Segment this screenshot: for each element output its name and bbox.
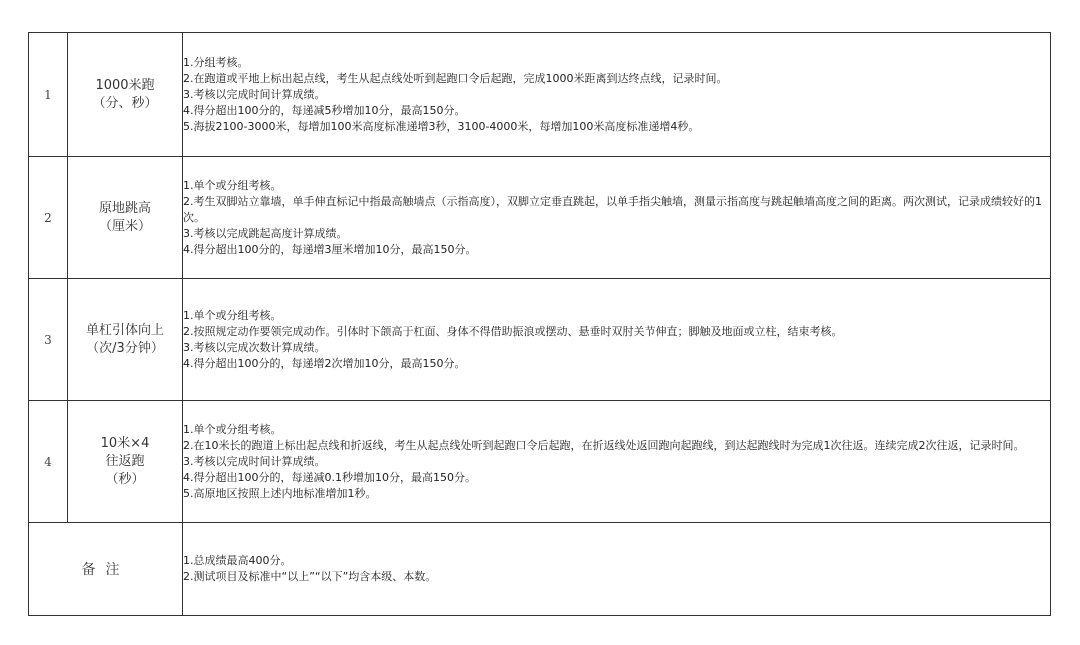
item-name-line2: 往返跑 [68,453,182,471]
item-name: 原地跳高 [68,200,182,218]
rule-line: 2.按照规定动作要领完成动作。引体时下颌高于杠面、身体不得借助振浪或摆动、悬垂时… [183,324,1050,340]
rules-cell: 1.分组考核。 2.在跑道或平地上标出起点线，考生从起点线处听到起跑口令后起跑，… [183,33,1051,157]
rule-line: 4.得分超出100分的，每递减5秒增加10分，最高150分。 [183,103,1050,119]
rule-line: 1.单个或分组考核。 [183,422,1050,438]
item-name-cell: 10米×4 往返跑 （秒） [68,401,183,523]
rules-cell: 1.单个或分组考核。 2.在10米长的跑道上标出起点线和折返线，考生从起点线处听… [183,401,1051,523]
rule-line: 5.海拔2100-3000米，每增加100米高度标准递增3秒，3100-4000… [183,119,1050,135]
table-row: 4 10米×4 往返跑 （秒） 1.单个或分组考核。 2.在10米长的跑道上标出… [29,401,1051,523]
item-name-cell: 单杠引体向上 （次/3分钟） [68,279,183,401]
table-row: 1 1000米跑 （分、秒） 1.分组考核。 2.在跑道或平地上标出起点线，考生… [29,33,1051,157]
note-line: 2.测试项目及标准中“以上”“以下”均含本级、本数。 [183,569,1050,585]
note-line: 1.总成绩最高400分。 [183,553,1050,569]
rule-line: 3.考核以完成时间计算成绩。 [183,454,1050,470]
rules-cell: 1.单个或分组考核。 2.按照规定动作要领完成动作。引体时下颌高于杠面、身体不得… [183,279,1051,401]
item-unit: （次/3分钟） [68,340,182,358]
table-row: 3 单杠引体向上 （次/3分钟） 1.单个或分组考核。 2.按照规定动作要领完成… [29,279,1051,401]
item-name-cell: 原地跳高 （厘米） [68,157,183,279]
item-unit: （分、秒） [68,95,182,113]
row-number: 2 [29,157,68,279]
rule-line: 3.考核以完成跳起高度计算成绩。 [183,226,1050,242]
row-number: 4 [29,401,68,523]
fitness-standards-table: 1 1000米跑 （分、秒） 1.分组考核。 2.在跑道或平地上标出起点线，考生… [28,32,1051,616]
rules-cell: 1.单个或分组考核。 2.考生双脚站立靠墙，单手伸直标记中指最高触墙点（示指高度… [183,157,1051,279]
notes-row: 备注 1.总成绩最高400分。 2.测试项目及标准中“以上”“以下”均含本级、本… [29,523,1051,616]
item-unit: （秒） [68,471,182,489]
item-unit: （厘米） [68,218,182,236]
rule-line: 5.高原地区按照上述内地标准增加1秒。 [183,486,1050,502]
item-name: 10米×4 [68,435,182,453]
row-number: 1 [29,33,68,157]
rule-line: 3.考核以完成次数计算成绩。 [183,340,1050,356]
item-name: 1000米跑 [68,77,182,95]
rule-line: 2.在10米长的跑道上标出起点线和折返线，考生从起点线处听到起跑口令后起跑，在折… [183,438,1050,454]
rule-line: 1.分组考核。 [183,55,1050,71]
notes-label: 备注 [29,523,183,616]
rule-line: 2.在跑道或平地上标出起点线，考生从起点线处听到起跑口令后起跑，完成1000米距… [183,71,1050,87]
rule-line: 1.单个或分组考核。 [183,178,1050,194]
item-name: 单杠引体向上 [68,322,182,340]
notes-cell: 1.总成绩最高400分。 2.测试项目及标准中“以上”“以下”均含本级、本数。 [183,523,1051,616]
item-name-cell: 1000米跑 （分、秒） [68,33,183,157]
row-number: 3 [29,279,68,401]
rule-line: 4.得分超出100分的，每递减0.1秒增加10分，最高150分。 [183,470,1050,486]
rule-line: 1.单个或分组考核。 [183,308,1050,324]
rule-line: 3.考核以完成时间计算成绩。 [183,87,1050,103]
rule-line: 4.得分超出100分的，每递增3厘米增加10分，最高150分。 [183,242,1050,258]
table-row: 2 原地跳高 （厘米） 1.单个或分组考核。 2.考生双脚站立靠墙，单手伸直标记… [29,157,1051,279]
rule-line: 4.得分超出100分的，每递增2次增加10分，最高150分。 [183,356,1050,372]
rule-line: 2.考生双脚站立靠墙，单手伸直标记中指最高触墙点（示指高度），双脚立定垂直跳起，… [183,194,1050,226]
